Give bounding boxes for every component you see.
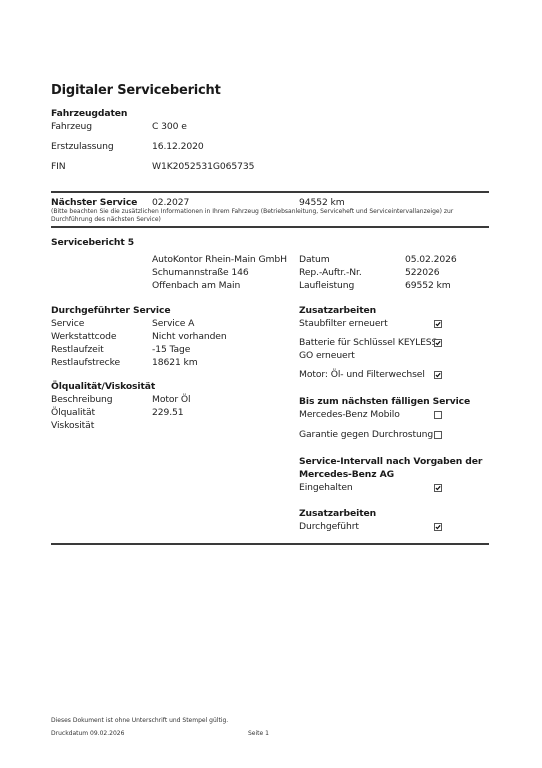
service-label: Service: [51, 318, 84, 329]
interval-kept-label: Eingehalten: [299, 482, 353, 493]
extra-work-2-heading: Zusatzarbeiten: [299, 508, 376, 519]
interval-heading-cont: Mercedes-Benz AG: [299, 469, 394, 480]
vehicle-heading: Fahrzeugdaten: [51, 108, 127, 119]
remaining-time-value: -15 Tage: [152, 344, 190, 355]
until-next-heading: Bis zum nächsten fälligen Service: [299, 396, 470, 407]
footer-disclaimer: Dieses Dokument ist ohne Unterschrift un…: [51, 717, 228, 724]
extra-work-heading: Zusatzarbeiten: [299, 305, 376, 316]
service-value: Service A: [152, 318, 194, 329]
vehicle-label: Fahrzeug: [51, 121, 92, 132]
remaining-distance-label: Restlaufstrecke: [51, 357, 120, 368]
extra-work-checkbox[interactable]: [434, 371, 442, 379]
footer-print-date: Druckdatum 09.02.2026: [51, 730, 124, 737]
dealer-city: Offenbach am Main: [152, 280, 240, 291]
workshop-code-value: Nicht vorhanden: [152, 331, 227, 342]
interval-kept-checkbox[interactable]: [434, 484, 442, 492]
vin-label: FIN: [51, 161, 66, 172]
order-number-value: 522026: [405, 267, 439, 278]
extra-work-checkbox[interactable]: [434, 320, 442, 328]
report-heading: Servicebericht 5: [51, 237, 134, 248]
vehicle-model: C 300 e: [152, 121, 187, 132]
footer-page-number: Seite 1: [248, 730, 269, 737]
registration-date: 16.12.2020: [152, 141, 204, 152]
oil-heading: Ölqualität/Viskosität: [51, 381, 155, 392]
order-number-label: Rep.-Auftr.-Nr.: [299, 267, 362, 278]
divider-top: [51, 191, 489, 193]
vin-value: W1K2052531G065735: [152, 161, 254, 172]
next-service-date: 02.2027: [152, 197, 189, 208]
date-value: 05.02.2026: [405, 254, 457, 265]
remaining-distance-value: 18621 km: [152, 357, 198, 368]
date-label: Datum: [299, 254, 330, 265]
checkmark-icon: [435, 321, 441, 327]
extra-work-checkbox[interactable]: [434, 339, 442, 347]
mileage-value: 69552 km: [405, 280, 451, 291]
mileage-label: Laufleistung: [299, 280, 354, 291]
oil-description-value: Motor Öl: [152, 394, 190, 405]
registration-label: Erstzulassung: [51, 141, 114, 152]
extra-work-2-label: Durchgeführt: [299, 521, 359, 532]
remaining-time-label: Restlaufzeit: [51, 344, 104, 355]
divider-end: [51, 543, 489, 545]
checkmark-icon: [435, 340, 441, 346]
rust-warranty-label: Garantie gegen Durchrostung: [299, 429, 433, 440]
dealer-street: Schumannstraße 146: [152, 267, 249, 278]
extra-work-item-label: Staubfilter erneuert: [299, 318, 388, 329]
mobilo-label: Mercedes-Benz Mobilo: [299, 409, 400, 420]
next-service-note: (Bitte beachten Sie die zusätzlichen Inf…: [51, 208, 471, 224]
rust-warranty-checkbox[interactable]: [434, 431, 442, 439]
mobilo-checkbox[interactable]: [434, 411, 442, 419]
performed-service-heading: Durchgeführter Service: [51, 305, 170, 316]
workshop-code-label: Werkstattcode: [51, 331, 116, 342]
checkmark-icon: [435, 485, 441, 491]
viscosity-label: Viskosität: [51, 420, 94, 431]
extra-work-item-label: Motor: Öl- und Filterwechsel: [299, 369, 425, 380]
document-title: Digitaler Servicebericht: [51, 83, 221, 98]
extra-work-item-label: Batterie für Schlüssel KEYLESS-: [299, 337, 440, 348]
divider-bottom: [51, 226, 489, 228]
extra-work-item-label-cont: GO erneuert: [299, 350, 355, 361]
extra-work-2-checkbox[interactable]: [434, 523, 442, 531]
interval-heading: Service-Intervall nach Vorgaben der: [299, 456, 482, 467]
oil-description-label: Beschreibung: [51, 394, 113, 405]
oil-quality-label: Ölqualität: [51, 407, 95, 418]
dealer-name: AutoKontor Rhein-Main GmbH: [152, 254, 287, 265]
checkmark-icon: [435, 372, 441, 378]
next-service-label: Nächster Service: [51, 197, 137, 208]
next-service-mileage: 94552 km: [299, 197, 345, 208]
checkmark-icon: [435, 524, 441, 530]
oil-quality-value: 229.51: [152, 407, 184, 418]
